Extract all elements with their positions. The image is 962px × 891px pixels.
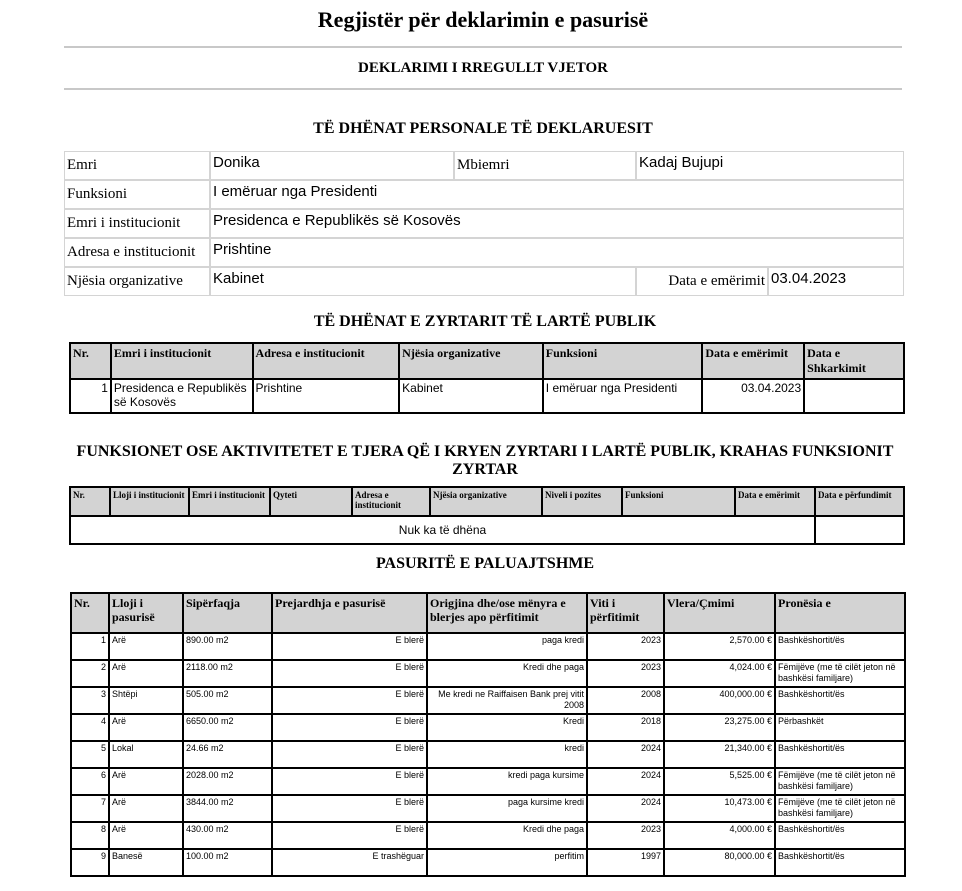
origin-cell: E blerë <box>272 714 427 741</box>
property-type-cell: Lokal <box>109 741 183 768</box>
property-type-cell: Arë <box>109 633 183 660</box>
acquisition-method-cell: Kredi dhe paga <box>427 822 587 849</box>
appointment-date-cell: 03.04.2023 <box>702 379 804 413</box>
origin-cell: E blerë <box>272 795 427 822</box>
column-header: Nr. <box>70 487 110 516</box>
page-title: Regjistër për deklarimin e pasurisë <box>64 0 902 46</box>
column-header: Emri i institucionit <box>111 343 253 379</box>
row-number: 9 <box>71 849 109 876</box>
column-header: Data e Shkarkimit <box>804 343 904 379</box>
official-data-table: Nr.Emri i institucionitAdresa e instituc… <box>69 342 905 414</box>
row-number: 5 <box>71 741 109 768</box>
value-cell: 4,024.00 € <box>664 660 775 687</box>
table-row: 5Lokal24.66 m2E blerëkredi202421,340.00 … <box>71 741 905 768</box>
ownership-cell: Bashkëshortit/ës <box>775 687 905 714</box>
institution-value: Presidenca e Republikës së Kosovës <box>210 209 904 238</box>
ownership-cell: Fëmijëve (me të cilët jeton në bashkësi … <box>775 795 905 822</box>
acquisition-method-cell: Me kredi ne Raiffaisen Bank prej vitit 2… <box>427 687 587 714</box>
year-cell: 1997 <box>587 849 664 876</box>
declaration-type: DEKLARIMI I RREGULLT VJETOR <box>64 48 902 88</box>
acquisition-method-cell: perfitim <box>427 849 587 876</box>
property-type-cell: Banesë <box>109 849 183 876</box>
row-number: 7 <box>71 795 109 822</box>
column-header: Adresa e institucionit <box>352 487 430 516</box>
origin-cell: E blerë <box>272 687 427 714</box>
column-header: Data e emërimit <box>702 343 804 379</box>
row-number: 1 <box>71 633 109 660</box>
column-header: Njësia organizative <box>430 487 542 516</box>
column-header: Data e emërimit <box>735 487 815 516</box>
year-cell: 2018 <box>587 714 664 741</box>
row-number: 3 <box>71 687 109 714</box>
personal-section-title: TË DHËNAT PERSONALE TË DEKLARUESIT <box>64 120 902 138</box>
table-row: 7Arë3844.00 m2E blerëpaga kursime kredi2… <box>71 795 905 822</box>
ownership-cell: Bashkëshortit/ës <box>775 633 905 660</box>
ownership-cell: Bashkëshortit/ës <box>775 741 905 768</box>
address-cell: Prishtine <box>253 379 400 413</box>
column-header: Funksioni <box>543 343 703 379</box>
origin-cell: E trashëguar <box>272 849 427 876</box>
ownership-cell: Bashkëshortit/ës <box>775 822 905 849</box>
ownership-cell: Fëmijëve (me të cilët jeton në bashkësi … <box>775 768 905 795</box>
institution-cell: Presidenca e Republikës së Kosovës <box>111 379 253 413</box>
area-cell: 3844.00 m2 <box>183 795 272 822</box>
empty-message: Nuk ka të dhëna <box>70 516 815 544</box>
origin-cell: E blerë <box>272 768 427 795</box>
document-page: Regjistër për deklarimin e pasurisë DEKL… <box>64 0 902 90</box>
area-cell: 2118.00 m2 <box>183 660 272 687</box>
address-label: Adresa e institucionit <box>64 238 210 267</box>
column-header: Qyteti <box>270 487 352 516</box>
column-header: Data e përfundimit <box>815 487 904 516</box>
table-row: 1Arë890.00 m2E blerëpaga kredi20232,570.… <box>71 633 905 660</box>
immovable-section-title: PASURITË E PALUAJTSHME <box>64 555 906 573</box>
year-cell: 2024 <box>587 768 664 795</box>
area-cell: 24.66 m2 <box>183 741 272 768</box>
year-cell: 2008 <box>587 687 664 714</box>
area-cell: 2028.00 m2 <box>183 768 272 795</box>
area-cell: 100.00 m2 <box>183 849 272 876</box>
header-row: Nr.Lloji i institucionitEmri i instituci… <box>70 487 904 516</box>
last-name-value: Kadaj Bujupi <box>636 151 904 180</box>
value-cell: 5,525.00 € <box>664 768 775 795</box>
column-header: Nr. <box>70 343 111 379</box>
table-row: 2Arë2118.00 m2E blerëKredi dhe paga20234… <box>71 660 905 687</box>
first-name-value: Donika <box>210 151 454 180</box>
area-cell: 890.00 m2 <box>183 633 272 660</box>
column-header: Pronësia e <box>775 593 905 633</box>
acquisition-method-cell: kredi <box>427 741 587 768</box>
value-cell: 23,275.00 € <box>664 714 775 741</box>
acquisition-method-cell: kredi paga kursime <box>427 768 587 795</box>
acquisition-method-cell: Kredi dhe paga <box>427 660 587 687</box>
year-cell: 2023 <box>587 822 664 849</box>
empty-row: Nuk ka të dhëna <box>70 516 904 544</box>
year-cell: 2024 <box>587 741 664 768</box>
row-number: 6 <box>71 768 109 795</box>
table-row: 1Presidenca e Republikës së KosovësPrish… <box>70 379 904 413</box>
table-row: 3Shtëpi505.00 m2E blerëMe kredi ne Raiff… <box>71 687 905 714</box>
value-cell: 21,340.00 € <box>664 741 775 768</box>
property-type-cell: Arë <box>109 822 183 849</box>
row-number: 4 <box>71 714 109 741</box>
year-cell: 2023 <box>587 633 664 660</box>
header-row: Nr.Lloji i pasurisëSipërfaqjaPrejardhja … <box>71 593 905 633</box>
column-header: Funksioni <box>622 487 735 516</box>
header-row: Nr.Emri i institucionitAdresa e instituc… <box>70 343 904 379</box>
area-cell: 430.00 m2 <box>183 822 272 849</box>
column-header: Njësia organizative <box>399 343 543 379</box>
table-row: 6Arë2028.00 m2E blerëkredi paga kursime2… <box>71 768 905 795</box>
value-cell: 10,473.00 € <box>664 795 775 822</box>
value-cell: 4,000.00 € <box>664 822 775 849</box>
column-header: Prejardhja e pasurisë <box>272 593 427 633</box>
column-header: Lloji i institucionit <box>110 487 189 516</box>
column-header: Lloji i pasurisë <box>109 593 183 633</box>
value-cell: 80,000.00 € <box>664 849 775 876</box>
column-header: Emri i institucionit <box>189 487 270 516</box>
function-label: Funksioni <box>64 180 210 209</box>
row-number: 8 <box>71 822 109 849</box>
column-header: Nr. <box>71 593 109 633</box>
table-row: 9Banesë100.00 m2E trashëguarperfitim1997… <box>71 849 905 876</box>
divider <box>64 88 902 90</box>
origin-cell: E blerë <box>272 741 427 768</box>
ownership-cell: Bashkëshortit/ës <box>775 849 905 876</box>
column-header: Origjina dhe/ose mënyra e blerjes apo pë… <box>427 593 587 633</box>
year-cell: 2024 <box>587 795 664 822</box>
institution-label: Emri i institucionit <box>64 209 210 238</box>
personal-data-table: Emri Donika Mbiemri Kadaj Bujupi Funksio… <box>64 151 904 296</box>
row-number: 1 <box>70 379 111 413</box>
immovable-assets-table: Nr.Lloji i pasurisëSipërfaqjaPrejardhja … <box>70 592 906 877</box>
column-header: Adresa e institucionit <box>253 343 400 379</box>
acquisition-method-cell: paga kursime kredi <box>427 795 587 822</box>
function-value: I emëruar nga Presidenti <box>210 180 904 209</box>
value-cell: 2,570.00 € <box>664 633 775 660</box>
official-section-title: TË DHËNAT E ZYRTARIT TË LARTË PUBLIK <box>64 313 906 331</box>
ownership-cell: Përbashkët <box>775 714 905 741</box>
unit-label: Njësia organizative <box>64 267 210 296</box>
empty-cell <box>815 516 904 544</box>
column-header: Niveli i pozites <box>542 487 622 516</box>
property-type-cell: Shtëpi <box>109 687 183 714</box>
address-value: Prishtine <box>210 238 904 267</box>
other-functions-section-title: FUNKSIONET OSE AKTIVITETET E TJERA QË I … <box>64 443 906 479</box>
other-functions-table: Nr.Lloji i institucionitEmri i instituci… <box>69 486 905 545</box>
row-number: 2 <box>71 660 109 687</box>
dismissal-date-cell <box>804 379 904 413</box>
table-row: 8Arë430.00 m2E blerëKredi dhe paga20234,… <box>71 822 905 849</box>
ownership-cell: Fëmijëve (me të cilët jeton në bashkësi … <box>775 660 905 687</box>
appointment-date-value: 03.04.2023 <box>768 267 904 296</box>
column-header: Vlera/Çmimi <box>664 593 775 633</box>
acquisition-method-cell: paga kredi <box>427 633 587 660</box>
table-row: 4Arë6650.00 m2E blerëKredi201823,275.00 … <box>71 714 905 741</box>
column-header: Viti i përfitimit <box>587 593 664 633</box>
property-type-cell: Arë <box>109 795 183 822</box>
value-cell: 400,000.00 € <box>664 687 775 714</box>
origin-cell: E blerë <box>272 822 427 849</box>
acquisition-method-cell: Kredi <box>427 714 587 741</box>
origin-cell: E blerë <box>272 633 427 660</box>
area-cell: 505.00 m2 <box>183 687 272 714</box>
property-type-cell: Arë <box>109 660 183 687</box>
column-header: Sipërfaqja <box>183 593 272 633</box>
unit-value: Kabinet <box>210 267 636 296</box>
year-cell: 2023 <box>587 660 664 687</box>
origin-cell: E blerë <box>272 660 427 687</box>
function-cell: I emëruar nga Presidenti <box>543 379 703 413</box>
area-cell: 6650.00 m2 <box>183 714 272 741</box>
last-name-label: Mbiemri <box>454 151 636 180</box>
unit-cell: Kabinet <box>399 379 543 413</box>
first-name-label: Emri <box>64 151 210 180</box>
appointment-date-label: Data e emërimit <box>636 267 768 296</box>
property-type-cell: Arë <box>109 768 183 795</box>
property-type-cell: Arë <box>109 714 183 741</box>
